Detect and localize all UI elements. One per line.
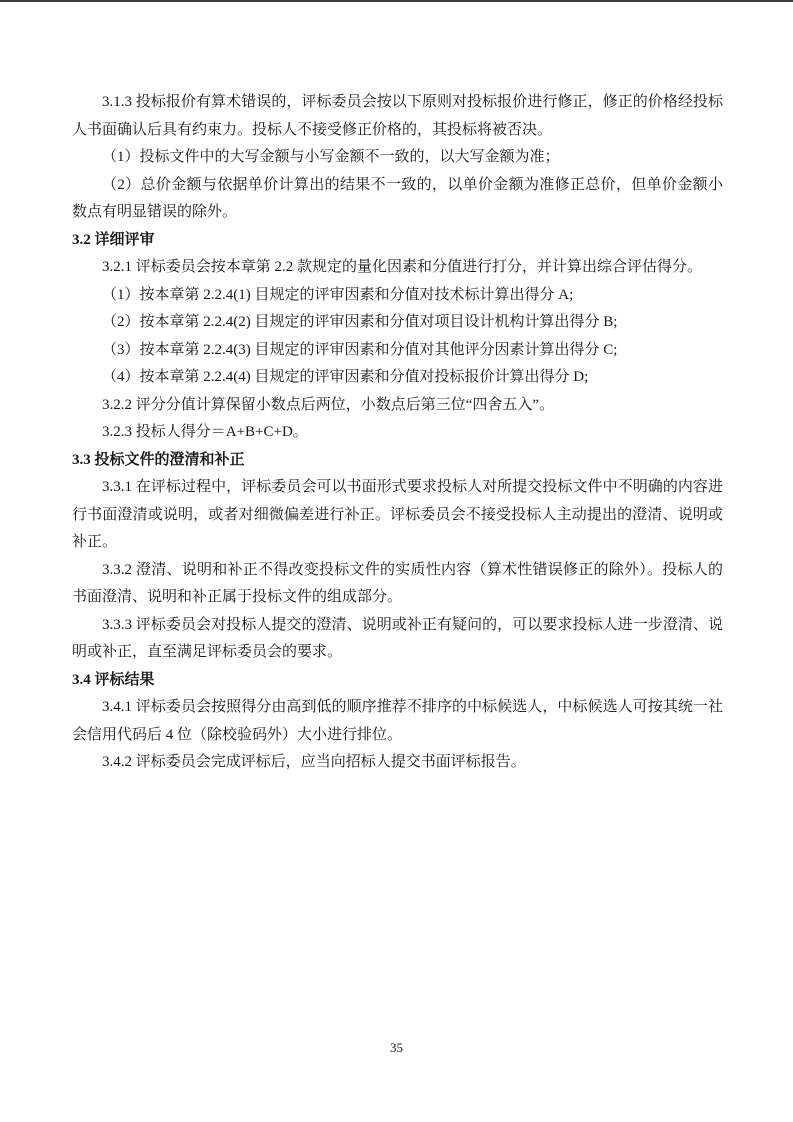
item-3-1-3-1: （1）投标文件中的大写金额与小写金额不一致的，以大写金额为准； [72,144,723,172]
document-page: 3.1.3 投标报价有算术错误的，评标委员会按以下原则对投标报价进行修正，修正的… [0,0,793,1122]
document-content: 3.1.3 投标报价有算术错误的，评标委员会按以下原则对投标报价进行修正，修正的… [72,89,723,777]
page-number: 35 [0,1040,793,1056]
heading-3-2: 3.2 详细评审 [72,227,723,255]
item-3-2-1-2: （2）按本章第 2.2.4(2) 目规定的评审因素和分值对项目设计机构计算出得分… [72,309,723,337]
clause-3-4-2: 3.4.2 评标委员会完成评标后，应当向招标人提交书面评标报告。 [72,749,723,777]
clause-3-3-2: 3.3.2 澄清、说明和补正不得改变投标文件的实质性内容（算术性错误修正的除外）… [72,557,723,612]
scan-top-edge [0,0,793,2]
item-3-2-1-3: （3）按本章第 2.2.4(3) 目规定的评审因素和分值对其他评分因素计算出得分… [72,337,723,365]
clause-3-3-1: 3.3.1 在评标过程中，评标委员会可以书面形式要求投标人对所提交投标文件中不明… [72,474,723,557]
item-3-2-1-4: （4）按本章第 2.2.4(4) 目规定的评审因素和分值对投标报价计算出得分 D… [72,364,723,392]
clause-3-2-1: 3.2.1 评标委员会按本章第 2.2 款规定的量化因素和分值进行打分，并计算出… [72,254,723,282]
clause-3-3-3: 3.3.3 评标委员会对投标人提交的澄清、说明或补正有疑问的，可以要求投标人进一… [72,612,723,667]
clause-3-2-2: 3.2.2 评分分值计算保留小数点后两位，小数点后第三位“四舍五入”。 [72,392,723,420]
heading-3-4: 3.4 评标结果 [72,667,723,695]
clause-3-1-3: 3.1.3 投标报价有算术错误的，评标委员会按以下原则对投标报价进行修正，修正的… [72,89,723,144]
item-3-2-1-1: （1）按本章第 2.2.4(1) 目规定的评审因素和分值对技术标计算出得分 A; [72,282,723,310]
item-3-1-3-2: （2）总价金额与依据单价计算出的结果不一致的，以单价金额为准修正总价，但单价金额… [72,172,723,227]
heading-3-3: 3.3 投标文件的澄清和补正 [72,447,723,475]
clause-3-2-3: 3.2.3 投标人得分＝A+B+C+D。 [72,419,723,447]
clause-3-4-1: 3.4.1 评标委员会按照得分由高到低的顺序推荐不排序的中标候选人，中标候选人可… [72,694,723,749]
